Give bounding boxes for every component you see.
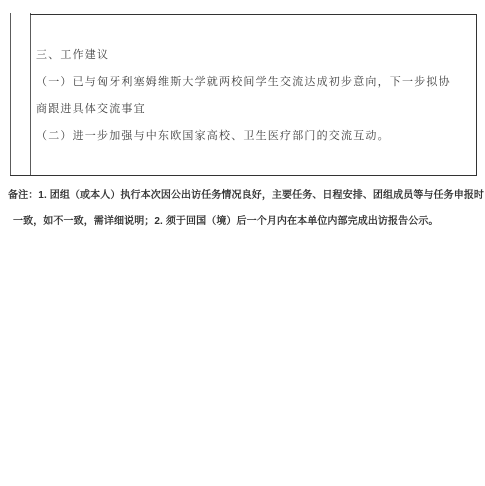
- table-cell-right-border: [476, 14, 477, 176]
- suggestion-item-2: （二）进一步加强与中东欧国家高校、卫生医疗部门的交流互动。: [36, 123, 474, 150]
- table-cell-bottom-border: [10, 175, 477, 176]
- table-left-column-outer-border: [10, 13, 11, 175]
- remarks-line-1: 备注：1. 团组（或本人）执行本次因公出访任务情况良好，主要任务、日程安排、团组…: [8, 183, 485, 209]
- remarks-note: 备注：1. 团组（或本人）执行本次因公出访任务情况良好，主要任务、日程安排、团组…: [8, 183, 485, 235]
- table-cell-top-border: [30, 14, 477, 15]
- section-heading: 三、工作建议: [36, 42, 474, 69]
- suggestion-item-1-line-1: （一）已与匈牙利塞姆维斯大学就两校间学生交流达成初步意向，下一步拟协: [36, 69, 474, 96]
- remarks-line-2: 一致，如不一致，需详细说明；2. 须于回国（境）后一个月内在本单位内部完成出访报…: [8, 209, 485, 235]
- work-suggestions-cell: 三、工作建议 （一）已与匈牙利塞姆维斯大学就两校间学生交流达成初步意向，下一步拟…: [36, 42, 474, 150]
- table-left-column-divider-border: [30, 13, 31, 175]
- document-page: 三、工作建议 （一）已与匈牙利塞姆维斯大学就两校间学生交流达成初步意向，下一步拟…: [0, 0, 485, 486]
- suggestion-item-1-line-2: 商跟进具体交流事宜: [36, 96, 474, 123]
